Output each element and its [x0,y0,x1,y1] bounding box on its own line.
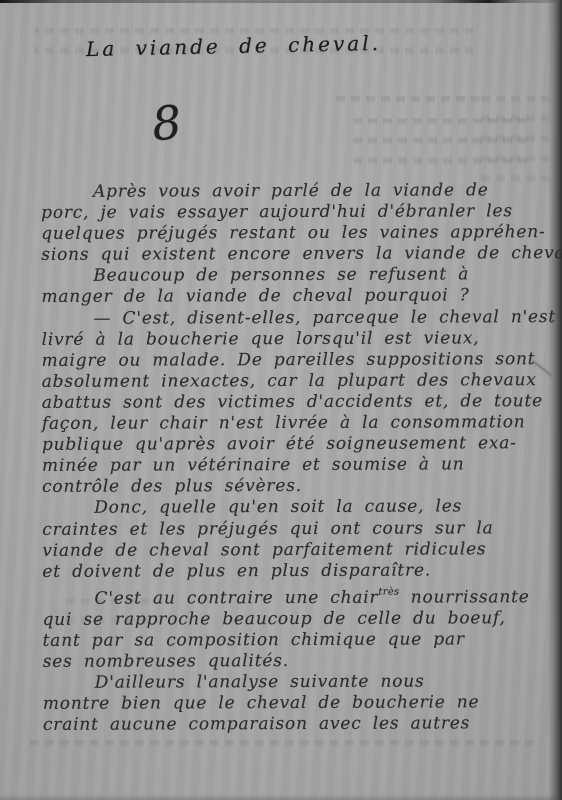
manuscript-page: La viande de cheval. 8 Après vous avoir … [0,0,562,800]
manuscript-line: craint aucune comparaison avec les autre… [43,713,543,736]
manuscript-line: Beaucoup de personnes se refusent à [41,265,541,288]
manuscript-line: Donc, quelle qu'en soit la cause, les [42,497,542,520]
manuscript-line: manger de la viande de cheval pourquoi ? [41,286,541,309]
manuscript-line: maigre ou malade. De pareilles suppositi… [42,349,542,372]
bleed-through-smudge [330,96,480,110]
manuscript-line: abattus sont des victimes d'accidents et… [42,391,542,414]
manuscript-line: qui se rapproche beaucoup de celle du bo… [43,608,543,631]
manuscript-line: absolument inexactes, car la plupart des… [42,370,542,393]
manuscript-line: publique qu'après avoir été soigneusemen… [42,433,542,456]
section-number: 8 [149,95,184,152]
manuscript-line: craintes et les préjugés qui ont cours s… [42,518,542,541]
manuscript-line: Après vous avoir parlé de la viande de [41,180,541,203]
manuscript-line: minée par un vétérinaire et soumise à un [42,454,542,477]
manuscript-line: C'est au contraire une chairtrès nourris… [42,581,542,610]
manuscript-line-text: nourrissante [399,587,529,607]
page-title: La viande de cheval. [86,31,381,61]
manuscript-line: — C'est, disent-elles, parceque le cheva… [41,307,541,330]
manuscript-line: ses nombreuses qualités. [43,650,543,673]
manuscript-line: sions qui existent encore envers la vian… [41,243,541,266]
page-right-edge-shadow [548,0,562,800]
manuscript-line: tant par sa composition chimique que par [43,629,543,652]
manuscript-line: quelques préjugés restant ou les vaines … [41,222,541,245]
manuscript-body: Après vous avoir parlé de la viande de p… [41,180,543,736]
page-top-edge-shadow [0,0,562,3]
manuscript-line: D'ailleurs l'analyse suivante nous [43,671,543,694]
manuscript-line: contrôle des plus sévères. [42,475,542,498]
manuscript-line: montre bien que le cheval de boucherie n… [43,692,543,715]
manuscript-line: viande de cheval sont parfaitement ridic… [42,539,542,562]
page-bottom-edge-shadow [0,794,562,800]
manuscript-line: porc, je vais essayer aujourd'hui d'ébra… [41,201,541,224]
bleed-through-smudge [478,96,550,192]
manuscript-line: façon, leur chair n'est livrée à la cons… [42,412,542,435]
manuscript-line-text: C'est au contraire une chair [94,587,378,608]
bleed-through-smudge [352,118,527,176]
manuscript-line: livré à la boucherie que lorsqu'il est v… [42,328,542,351]
manuscript-line: et doivent de plus en plus disparaître. [42,560,542,583]
superscript-insertion: très [378,586,399,597]
bleed-through-smudge [24,740,534,753]
